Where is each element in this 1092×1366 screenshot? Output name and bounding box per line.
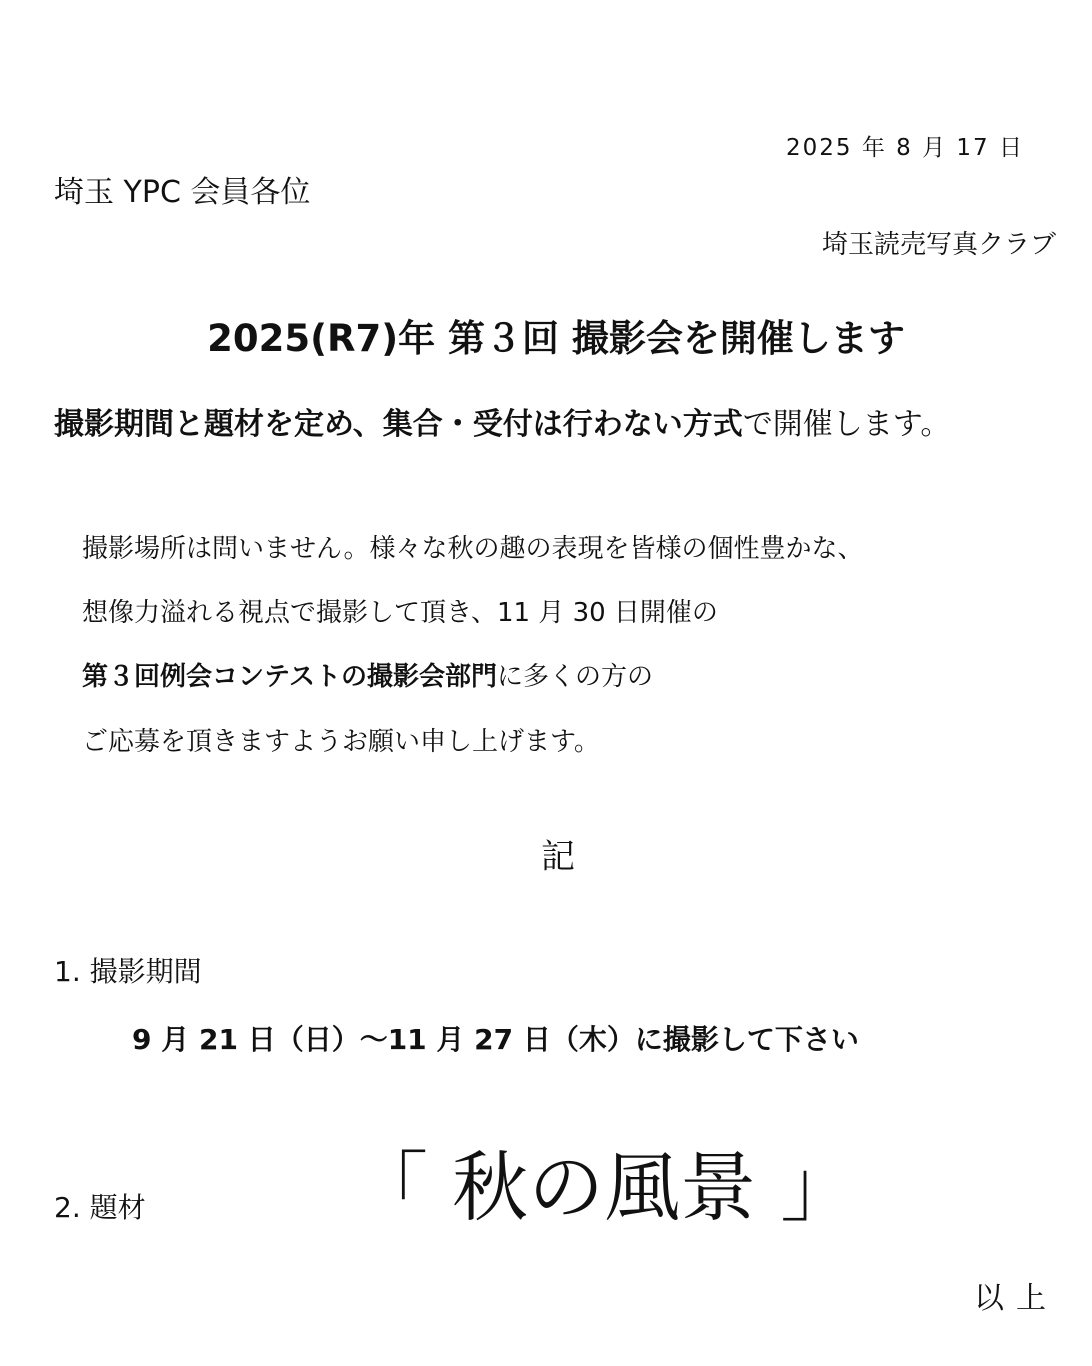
lead-emphasis: 撮影期間と題材を定め、集合・受付は行わない方式 xyxy=(54,407,743,442)
issue-date: 2025 年 8 月 17 日 xyxy=(786,137,1024,160)
contest-name: 第３回例会コンテストの撮影会部門 xyxy=(82,662,497,692)
body-line-3: 第３回例会コンテストの撮影会部門に多くの方の xyxy=(82,664,653,690)
sender: 埼玉読売写真クラブ xyxy=(822,232,1056,258)
lead-sentence: 撮影期間と題材を定め、集合・受付は行わない方式で開催します。 xyxy=(54,410,950,440)
recipient: 埼玉 YPC 会員各位 xyxy=(54,178,310,208)
closing-mark: 以上 xyxy=(974,1284,1058,1314)
shooting-period: 9 月 21 日（日）～11 月 27 日（木）に撮影して下さい xyxy=(132,1026,859,1054)
document-title: 2025(R7)年 第３回 撮影会を開催します xyxy=(0,320,1092,357)
body-line-1: 撮影場所は問いません。様々な秋の趣の表現を皆様の個性豊かな、 xyxy=(82,536,864,562)
lead-rest: で開催します。 xyxy=(743,407,951,442)
body-line-3-rest: に多くの方の xyxy=(497,662,653,692)
ki-heading: 記 xyxy=(0,840,1092,874)
item-1-label: 1. 撮影期間 xyxy=(54,958,202,986)
theme-value: 「 秋の風景 」 xyxy=(352,1150,856,1226)
body-line-2: 想像力溢れる視点で撮影して頂き、11 月 30 日開催の xyxy=(82,600,718,626)
body-line-4: ご応募を頂きますようお願い申し上げます。 xyxy=(82,729,600,755)
item-2-label: 2. 題材 xyxy=(54,1194,146,1222)
